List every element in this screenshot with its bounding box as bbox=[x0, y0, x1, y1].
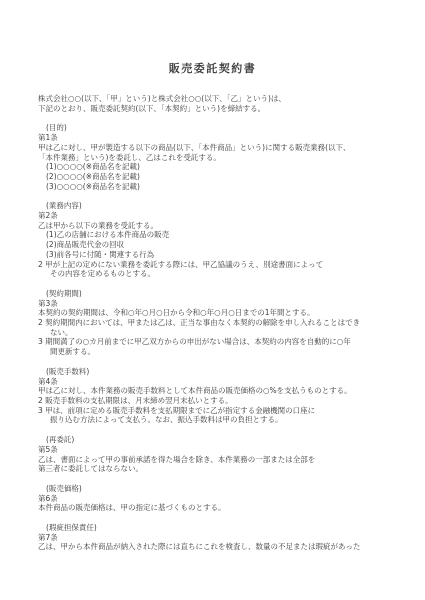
article-line: 乙は甲から以下の業務を受託する。 bbox=[38, 221, 401, 231]
article: (目的)第1条甲は乙に対し、甲が製造する以下の商品(以下、「本件商品」という)に… bbox=[38, 123, 401, 191]
articles-container: (目的)第1条甲は乙に対し、甲が製造する以下の商品(以下、「本件商品」という)に… bbox=[38, 123, 401, 552]
article-heading: (契約期間) bbox=[38, 289, 401, 299]
article-line: 2 契約期間内においては、甲または乙は、正当な事由なく本契約の解除を申し入れるこ… bbox=[38, 318, 401, 328]
article-line: ない。 bbox=[38, 328, 401, 338]
article-number: 第3条 bbox=[38, 299, 401, 309]
article-line: 「本件業務」という)を委託し、乙はこれを受託する。 bbox=[38, 153, 401, 163]
article-line: (1)乙の店舗における本件商品の販売 bbox=[38, 230, 401, 240]
article-line: 3 甲は、前項に定める販売手数料を支払期限までに乙が指定する金融機関の口座に bbox=[38, 406, 401, 416]
article-line: 乙は、甲から本件商品が納入された際には直ちにこれを検査し、数量の不足または瑕疵が… bbox=[38, 542, 401, 552]
article: (販売手数料)第4条甲は乙に対し、本件業務の販売手数料として本件商品の販売価格の… bbox=[38, 367, 401, 425]
article-line: 第三者に委託してはならない。 bbox=[38, 464, 401, 474]
article: (契約期間)第3条本契約の契約期間は、令和○年○月○日から令和○年○月○日までの… bbox=[38, 289, 401, 357]
article-line: 2 販売手数料の支払期限は、月末締め翌月末払いとする。 bbox=[38, 396, 401, 406]
article-heading: (販売手数料) bbox=[38, 367, 401, 377]
article-line: (3)○○○○(※商品名を記載) bbox=[38, 182, 401, 192]
article-line: (2)商品販売代金の回収 bbox=[38, 240, 401, 250]
preamble-line: 下記のとおり、販売委託契約(以下、「本契約」という)を締結する。 bbox=[38, 104, 401, 114]
article-heading: (販売価格) bbox=[38, 484, 401, 494]
article-line: 本契約の契約期間は、令和○年○月○日から令和○年○月○日までの1年間とする。 bbox=[38, 308, 401, 318]
document-page: 販売委託契約書 株式会社○○(以下、「甲」という)と株式会社○○(以下、「乙」と… bbox=[0, 0, 425, 600]
article-number: 第6条 bbox=[38, 494, 401, 504]
article-line: 甲は乙に対し、本件業務の販売手数料として本件商品の販売価格の○%を支払うものとす… bbox=[38, 386, 401, 396]
article-heading: (業務内容) bbox=[38, 201, 401, 211]
article: (再委託)第5条乙は、書面によって甲の事前承諾を得た場合を除き、本件業務の一部ま… bbox=[38, 435, 401, 474]
article-line: 間更新する。 bbox=[38, 347, 401, 357]
preamble: 株式会社○○(以下、「甲」という)と株式会社○○(以下、「乙」という)は、下記の… bbox=[38, 94, 401, 113]
article-line: 甲は乙に対し、甲が製造する以下の商品(以下、「本件商品」という)に関する販売業務… bbox=[38, 143, 401, 153]
article-line: 振り込む方法によって支払う。なお、振込手数料は甲の負担とする。 bbox=[38, 415, 401, 425]
article: (瑕疵担保責任)第7条乙は、甲から本件商品が納入された際には直ちにこれを検査し、… bbox=[38, 523, 401, 552]
article: (業務内容)第2条乙は甲から以下の業務を受託する。(1)乙の店舗における本件商品… bbox=[38, 201, 401, 279]
article-number: 第4条 bbox=[38, 377, 401, 387]
article-line: 本件商品の販売価格は、甲の指定に基づくものとする。 bbox=[38, 503, 401, 513]
article-heading: (瑕疵担保責任) bbox=[38, 523, 401, 533]
article-line: (1)○○○○(※商品名を記載) bbox=[38, 162, 401, 172]
article-number: 第7条 bbox=[38, 533, 401, 543]
article-line: (2)○○○○(※商品名を記載) bbox=[38, 172, 401, 182]
article-line: 2 甲が上記の定めにない業務を委託する際には、甲乙協議のうえ、別途書面によって bbox=[38, 260, 401, 270]
article-line: その内容を定めるものとする。 bbox=[38, 269, 401, 279]
article-heading: (目的) bbox=[38, 123, 401, 133]
article-line: (3)前各号に付随・関連する行為 bbox=[38, 250, 401, 260]
article-line: 乙は、書面によって甲の事前承諾を得た場合を除き、本件業務の一部または全部を bbox=[38, 455, 401, 465]
article-number: 第5条 bbox=[38, 445, 401, 455]
document-title: 販売委託契約書 bbox=[38, 62, 387, 76]
article-number: 第1条 bbox=[38, 133, 401, 143]
article-heading: (再委託) bbox=[38, 435, 401, 445]
preamble-line: 株式会社○○(以下、「甲」という)と株式会社○○(以下、「乙」という)は、 bbox=[38, 94, 401, 104]
article-line: 3 期間満了の○カ月前までに甲乙双方からの申出がない場合は、本契約の内容を自動的… bbox=[38, 337, 401, 347]
article-number: 第2条 bbox=[38, 211, 401, 221]
article: (販売価格)第6条本件商品の販売価格は、甲の指定に基づくものとする。 bbox=[38, 484, 401, 513]
